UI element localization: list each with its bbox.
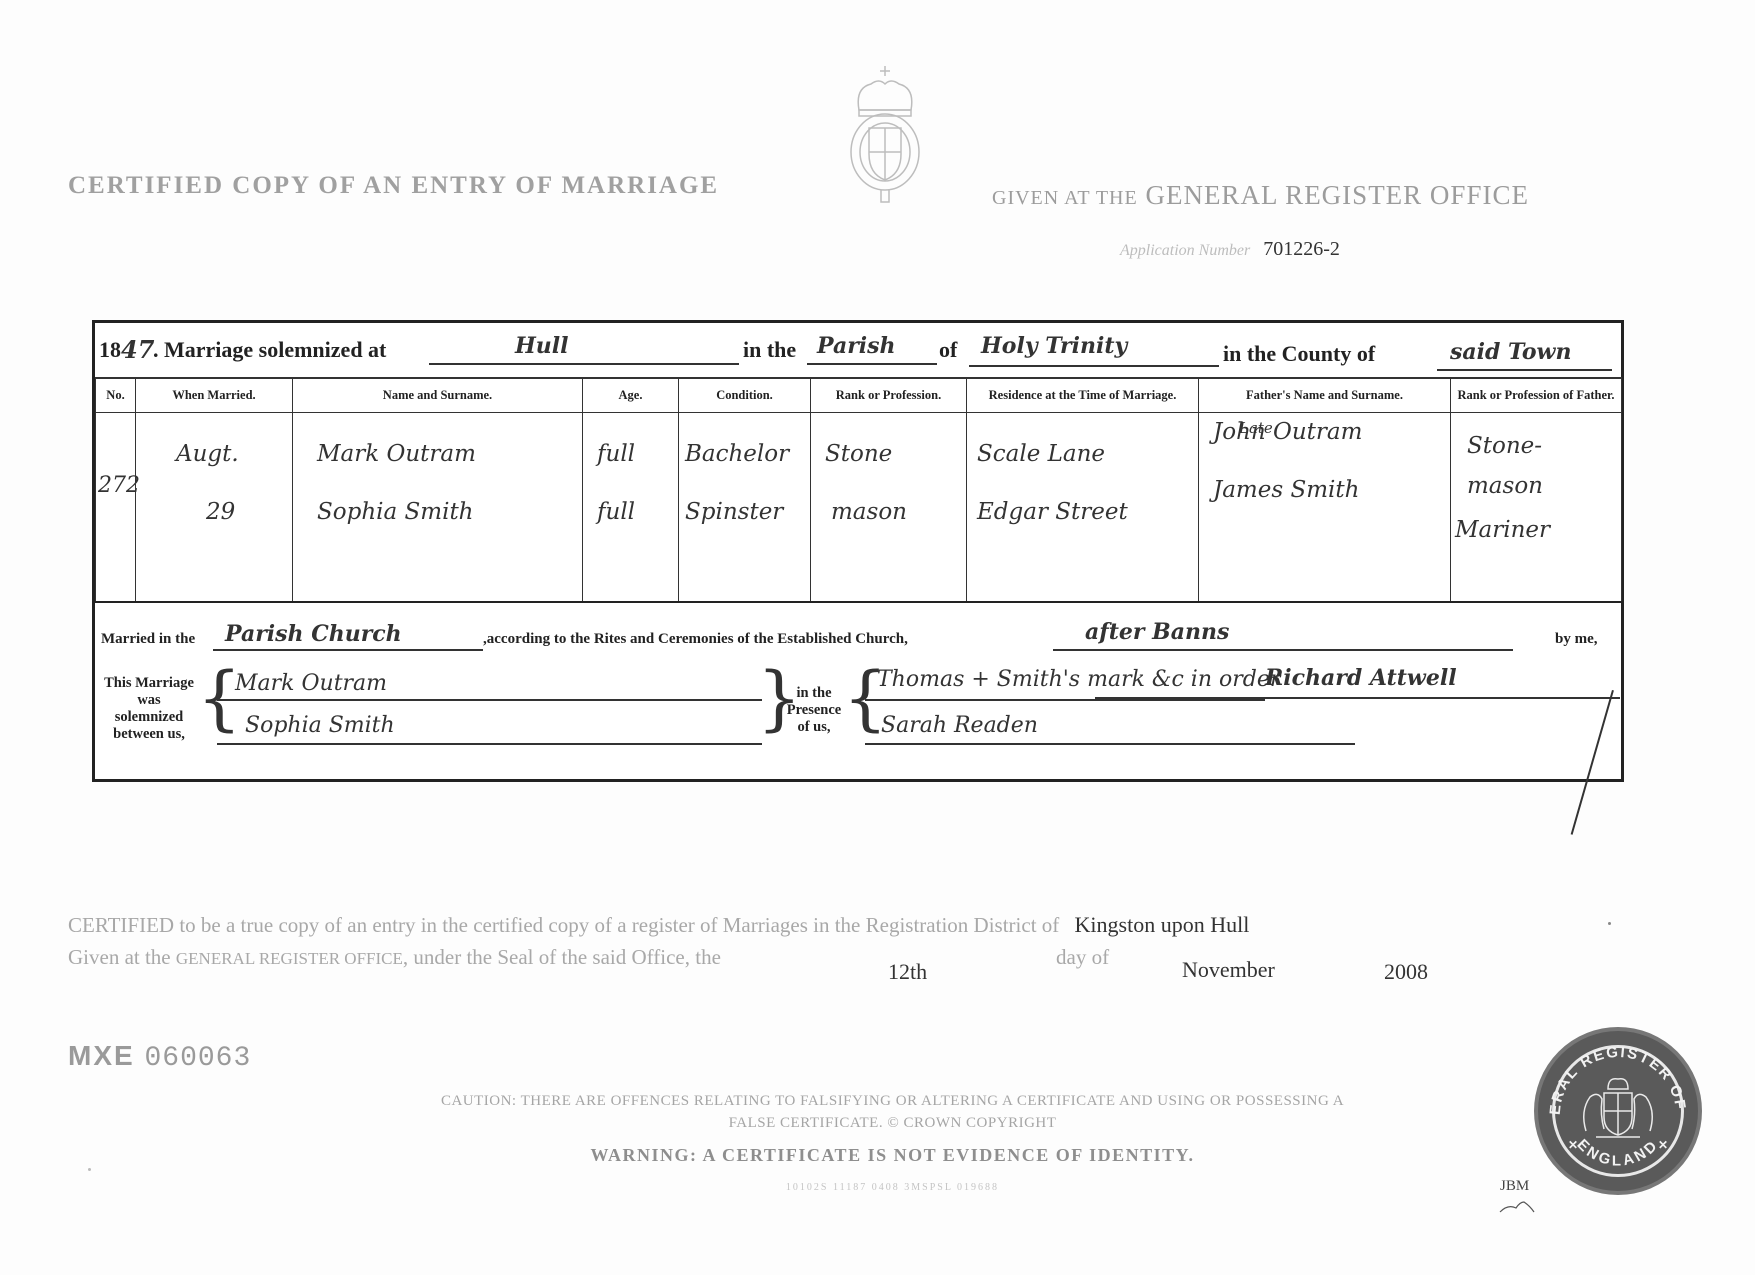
certificate-serial: MXE 060063 <box>68 1040 251 1074</box>
print-codes: 10102S 11187 0408 3MSPSL 019688 <box>345 1182 1440 1193</box>
entry-number: 272 <box>96 473 135 531</box>
presence-label: in the Presence of us, <box>783 685 845 736</box>
issue-year: 2008 <box>1384 959 1428 985</box>
groom-father-name: John Outram <box>1199 419 1450 477</box>
register-table: No. When Married. Name and Surname. Age.… <box>95 377 1622 603</box>
certification-line-1: CERTIFIED to be a true copy of an entry … <box>68 912 1249 938</box>
given-at-office: GENERAL REGISTER OFFICE <box>176 949 403 968</box>
when-married-month: Augt. <box>136 441 292 499</box>
rites-label: ,according to the Rites and Ceremonies o… <box>483 631 908 648</box>
day-of-label: day of <box>1056 945 1109 970</box>
issue-day: 12th <box>888 959 927 985</box>
application-number-label: Application Number <box>1120 242 1250 259</box>
bride-residence: Edgar Street <box>967 499 1198 557</box>
groom-father-rank: Stone- <box>1451 433 1621 473</box>
bride-name: Sophia Smith <box>293 499 582 557</box>
married-in-place: Parish Church <box>225 621 402 647</box>
identity-warning: WARNING: A CERTIFICATE IS NOT EVIDENCE O… <box>345 1145 1440 1166</box>
groom-rank-cont: mason <box>811 499 966 557</box>
county-label: in the County of <box>1223 341 1375 367</box>
bride-condition: Spinster <box>679 499 810 557</box>
certificate-title: CERTIFIED COPY OF AN ENTRY OF MARRIAGE <box>68 172 719 200</box>
col-condition: Condition. <box>679 378 811 412</box>
groom-residence: Scale Lane <box>967 441 1198 499</box>
bride-father-name: James Smith <box>1199 477 1450 535</box>
between-us-label: This Marriage was solemnized between us, <box>97 675 201 743</box>
marriage-place: Hull <box>515 333 569 359</box>
witness-2-signature: Sarah Readen <box>881 713 1038 738</box>
witness-1-signature: Thomas + Smith's mark &c in order <box>877 667 1280 692</box>
seal-bottom-text: ENGLAND <box>1574 1136 1663 1169</box>
col-when-married: When Married. <box>136 378 293 412</box>
bride-signature: Sophia Smith <box>245 713 395 738</box>
bride-age: full <box>583 499 678 557</box>
col-age: Age. <box>583 378 679 412</box>
serial-number: 060063 <box>144 1043 251 1074</box>
issuer-name: GENERAL REGISTER OFFICE <box>1145 180 1529 210</box>
application-number-value: 701226-2 <box>1263 238 1340 260</box>
registration-district: Kingston upon Hull <box>1075 912 1250 937</box>
register-entry: 18 47 . Marriage solemnized at Hull in t… <box>92 320 1624 782</box>
certification-line-2: Given at the GENERAL REGISTER OFFICE, un… <box>68 945 721 970</box>
register-header-line: 18 47 . Marriage solemnized at Hull in t… <box>95 323 1621 375</box>
groom-signature: Mark Outram <box>235 671 387 696</box>
by-me-label: by me, <box>1555 631 1598 648</box>
given-at-label: Given at the <box>68 945 171 969</box>
caution-notice: CAUTION: THERE ARE OFFENCES RELATING TO … <box>345 1090 1440 1134</box>
registrar-signature-icon <box>1498 1200 1548 1216</box>
gro-seal-icon: GENERAL REGISTER OFFICE ENGLAND ✕ ✕ <box>1534 1027 1702 1195</box>
when-married-day: 29 <box>136 499 292 557</box>
groom-age: full <box>583 441 678 499</box>
table-row: 272 Augt.29 Mark OutramSophia Smith full… <box>96 412 1622 602</box>
col-no: No. <box>96 378 136 412</box>
issue-month: November <box>1182 957 1275 983</box>
scan-speck <box>1608 922 1611 925</box>
solemnized-label: . Marriage solemnized at <box>153 337 386 363</box>
svg-text:ENGLAND: ENGLAND <box>1574 1136 1663 1169</box>
bride-father-rank: Mariner <box>1451 517 1621 575</box>
serial-prefix: MXE <box>68 1040 135 1071</box>
certification-text: CERTIFIED to be a true copy of an entry … <box>68 913 1059 937</box>
col-residence: Residence at the Time of Marriage. <box>967 378 1199 412</box>
year-handwritten: 47 <box>121 335 154 364</box>
of-label: of <box>939 337 957 363</box>
groom-name: Mark Outram <box>293 441 582 499</box>
married-in-label: Married in the <box>101 631 195 648</box>
scan-speck <box>88 1168 91 1171</box>
seal-top-text: GENERAL REGISTER OFFICE <box>1538 1031 1689 1116</box>
signatures-section: This Marriage was solemnized between us,… <box>95 663 1621 779</box>
given-at-suffix: , under the Seal of the said Office, the <box>403 945 721 969</box>
parish-name: Holy Trinity <box>981 333 1127 359</box>
in-the-label: in the <box>743 337 796 363</box>
col-rank: Rank or Profession. <box>811 378 967 412</box>
svg-text:GENERAL REGISTER OFFICE: GENERAL REGISTER OFFICE <box>1538 1031 1689 1116</box>
col-father-rank: Rank or Profession of Father. <box>1451 378 1622 412</box>
col-father-name: Father's Name and Surname. <box>1199 378 1451 412</box>
register-table-header: No. When Married. Name and Surname. Age.… <box>96 378 1622 412</box>
groom-rank: Stone <box>811 441 966 499</box>
married-in-line: Married in the Parish Church ,according … <box>95 605 1621 665</box>
parish-word: Parish <box>817 333 896 359</box>
groom-father-rank-cont: mason <box>1451 473 1621 517</box>
issuer-title: GIVEN AT THE GENERAL REGISTER OFFICE <box>992 180 1529 211</box>
marriage-by: after Banns <box>1085 619 1229 645</box>
groom-condition: Bachelor <box>679 441 810 499</box>
svg-text:✕: ✕ <box>1658 1138 1668 1152</box>
svg-text:✕: ✕ <box>1568 1138 1578 1152</box>
county-name: said Town <box>1450 339 1572 365</box>
year-printed: 18 <box>99 337 121 363</box>
registrar-initials: JBM <box>1500 1178 1529 1195</box>
col-name: Name and Surname. <box>293 378 583 412</box>
application-number: Application Number 701226-2 <box>1120 238 1340 261</box>
issuer-prefix: GIVEN AT THE <box>992 187 1138 209</box>
royal-crest-icon <box>845 62 925 207</box>
